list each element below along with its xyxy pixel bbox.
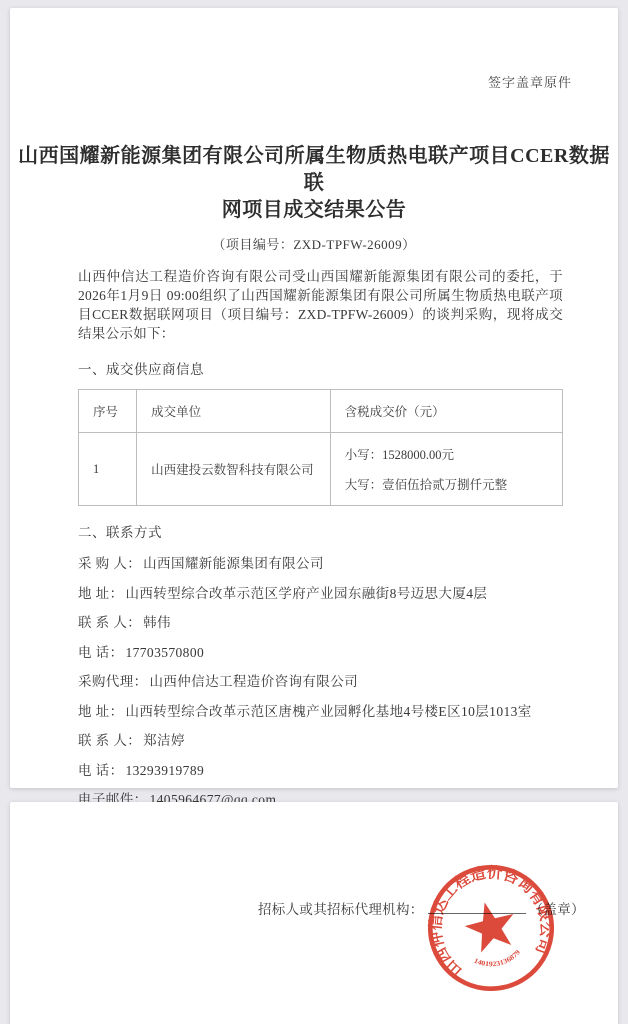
contact-line-agent-phone: 电 话：13293919789 xyxy=(78,763,618,779)
price-capital: 大写：壹佰伍拾贰万捌仟元整 xyxy=(345,475,548,493)
contact-line-buyer: 采 购 人：山西国耀新能源集团有限公司 xyxy=(78,556,618,572)
table-header-price: 含税成交价（元） xyxy=(330,390,562,433)
contact-line-agent-person: 联 系 人：郑洁婷 xyxy=(78,733,618,749)
supplier-table: 序号 成交单位 含税成交价（元） 1 山西建投云数智科技有限公司 小写：1528… xyxy=(78,389,563,506)
table-header-row: 序号 成交单位 含税成交价（元） xyxy=(79,390,563,433)
section-heading-supplier-info: 一、成交供应商信息 xyxy=(78,358,618,378)
document-page-1: 签字盖章原件 山西国耀新能源集团有限公司所属生物质热电联产项目CCER数据联 网… xyxy=(10,8,618,788)
cell-supplier-name: 山西建投云数智科技有限公司 xyxy=(137,433,331,506)
seal-label: 招标人或其招标代理机构： xyxy=(258,902,424,917)
contact-line-buyer-person: 联 系 人：韩伟 xyxy=(78,615,618,631)
cell-serial-no: 1 xyxy=(79,433,137,506)
svg-text:1401923136879: 1401923136879 xyxy=(471,946,524,973)
table-header-no: 序号 xyxy=(79,390,137,433)
announcement-paragraph: 山西仲信达工程造价咨询有限公司受山西国耀新能源集团有限公司的委托，于2026年1… xyxy=(78,267,563,343)
corner-note: 签字盖章原件 xyxy=(10,8,618,91)
price-numeric: 小写：1528000.00元 xyxy=(345,445,548,463)
stamp-star-icon xyxy=(460,896,520,954)
company-seal-stamp-icon: 山西仲信达工程造价咨询有限公司 1401923136879 xyxy=(425,862,557,994)
section-heading-contact-info: 二、联系方式 xyxy=(78,521,618,541)
contact-line-agent: 采购代理：山西仲信达工程造价咨询有限公司 xyxy=(78,674,618,690)
contact-line-agent-address: 地 址：山西转型综合改革示范区唐槐产业园孵化基地4号楼E区10层1013室 xyxy=(78,704,618,720)
page-title-line1: 山西国耀新能源集团有限公司所属生物质热电联产项目CCER数据联 xyxy=(10,143,618,197)
page-title-line2: 网项目成交结果公告 xyxy=(10,197,618,224)
contact-line-buyer-address: 地 址：山西转型综合改革示范区学府产业园东融街8号迈思大厦4层 xyxy=(78,586,618,602)
page-title: 山西国耀新能源集团有限公司所属生物质热电联产项目CCER数据联 网项目成交结果公… xyxy=(10,143,618,224)
project-number: （项目编号：ZXD-TPFW-26009） xyxy=(10,234,618,253)
cell-price: 小写：1528000.00元 大写：壹佰伍拾贰万捌仟元整 xyxy=(330,433,562,506)
contact-list: 采 购 人：山西国耀新能源集团有限公司 地 址：山西转型综合改革示范区学府产业园… xyxy=(78,556,618,838)
document-page-2: 招标人或其招标代理机构：（盖章） 山西仲信达工程造价咨询有限公司 1401923… xyxy=(10,802,618,1024)
table-header-supplier: 成交单位 xyxy=(137,390,331,433)
table-row: 1 山西建投云数智科技有限公司 小写：1528000.00元 大写：壹佰伍拾贰万… xyxy=(79,433,563,506)
contact-line-buyer-phone: 电 话：17703570800 xyxy=(78,645,618,661)
stamp-number: 1401923136879 xyxy=(471,946,524,973)
